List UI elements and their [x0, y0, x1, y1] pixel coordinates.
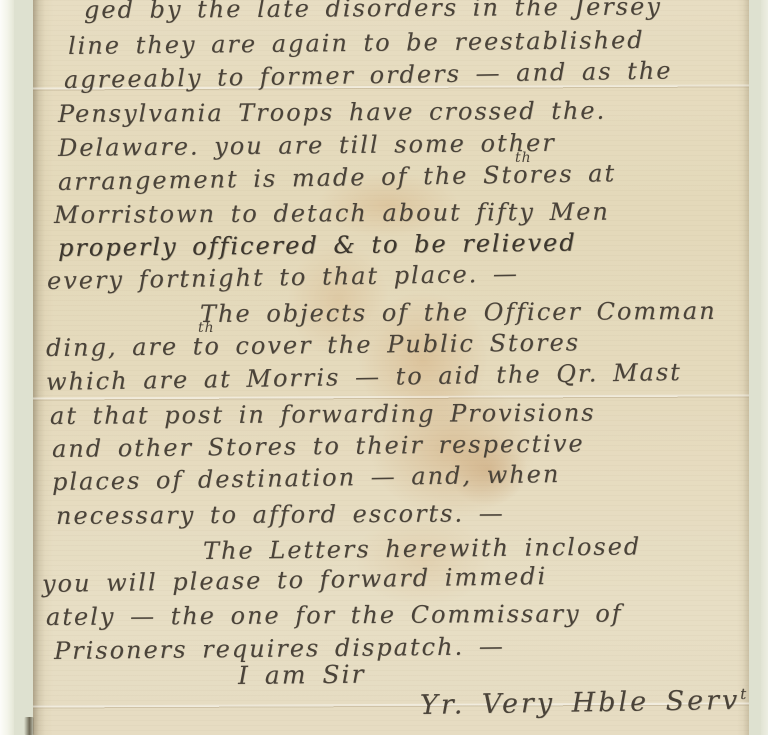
- manuscript-line: Pensylvania Troops have crossed the.: [58, 97, 606, 128]
- manuscript-line: necessary to afford escorts. —: [56, 499, 505, 530]
- manuscript-line: ged by the late disorders in the Jersey: [84, 0, 662, 24]
- manuscript-line: which are at Morris — to aid the Qr. Mas…: [46, 358, 682, 396]
- manuscript-line: you will please to forward immedi: [42, 562, 548, 598]
- handwritten-text: ged by the late disorders in the Jersey …: [0, 0, 768, 735]
- manuscript-line: and other Stores to their respective: [52, 429, 585, 463]
- manuscript-line: The objects of the Officer Comman: [200, 297, 717, 328]
- manuscript-line: properly officered & to be relieved: [58, 229, 577, 262]
- manuscript-line: Morristown to detach about fifty Men: [54, 198, 610, 229]
- manuscript-line: Delaware. you are till some other: [58, 129, 556, 162]
- manuscript-line: ately — the one for the Commissary of: [46, 599, 623, 631]
- manuscript-line: line they are again to be reestablished: [68, 26, 645, 60]
- closing-signature: Yr. Very Hble Servt: [420, 685, 750, 721]
- manuscript-line: The Letters herewith inclosed: [203, 532, 641, 565]
- manuscript-line: ding, are to cover the Public Stores: [46, 328, 580, 362]
- signature-text: Yr. Very Hble Serv: [420, 685, 741, 721]
- interlinear-insertion: th: [198, 320, 215, 336]
- manuscript-line: arrangement is made of the Stores at: [58, 159, 617, 196]
- closing-salutation: I am Sir: [238, 660, 366, 690]
- signature-superscript: t: [740, 685, 749, 703]
- manuscript-line: every fortnight to that place. —: [47, 260, 519, 295]
- manuscript-line: agreeably to former orders — and as the: [64, 56, 673, 94]
- manuscript-line: places of destination — and, when: [52, 460, 561, 496]
- manuscript-line: at that post in forwarding Provisions: [50, 399, 596, 430]
- interlinear-insertion: th: [515, 150, 532, 166]
